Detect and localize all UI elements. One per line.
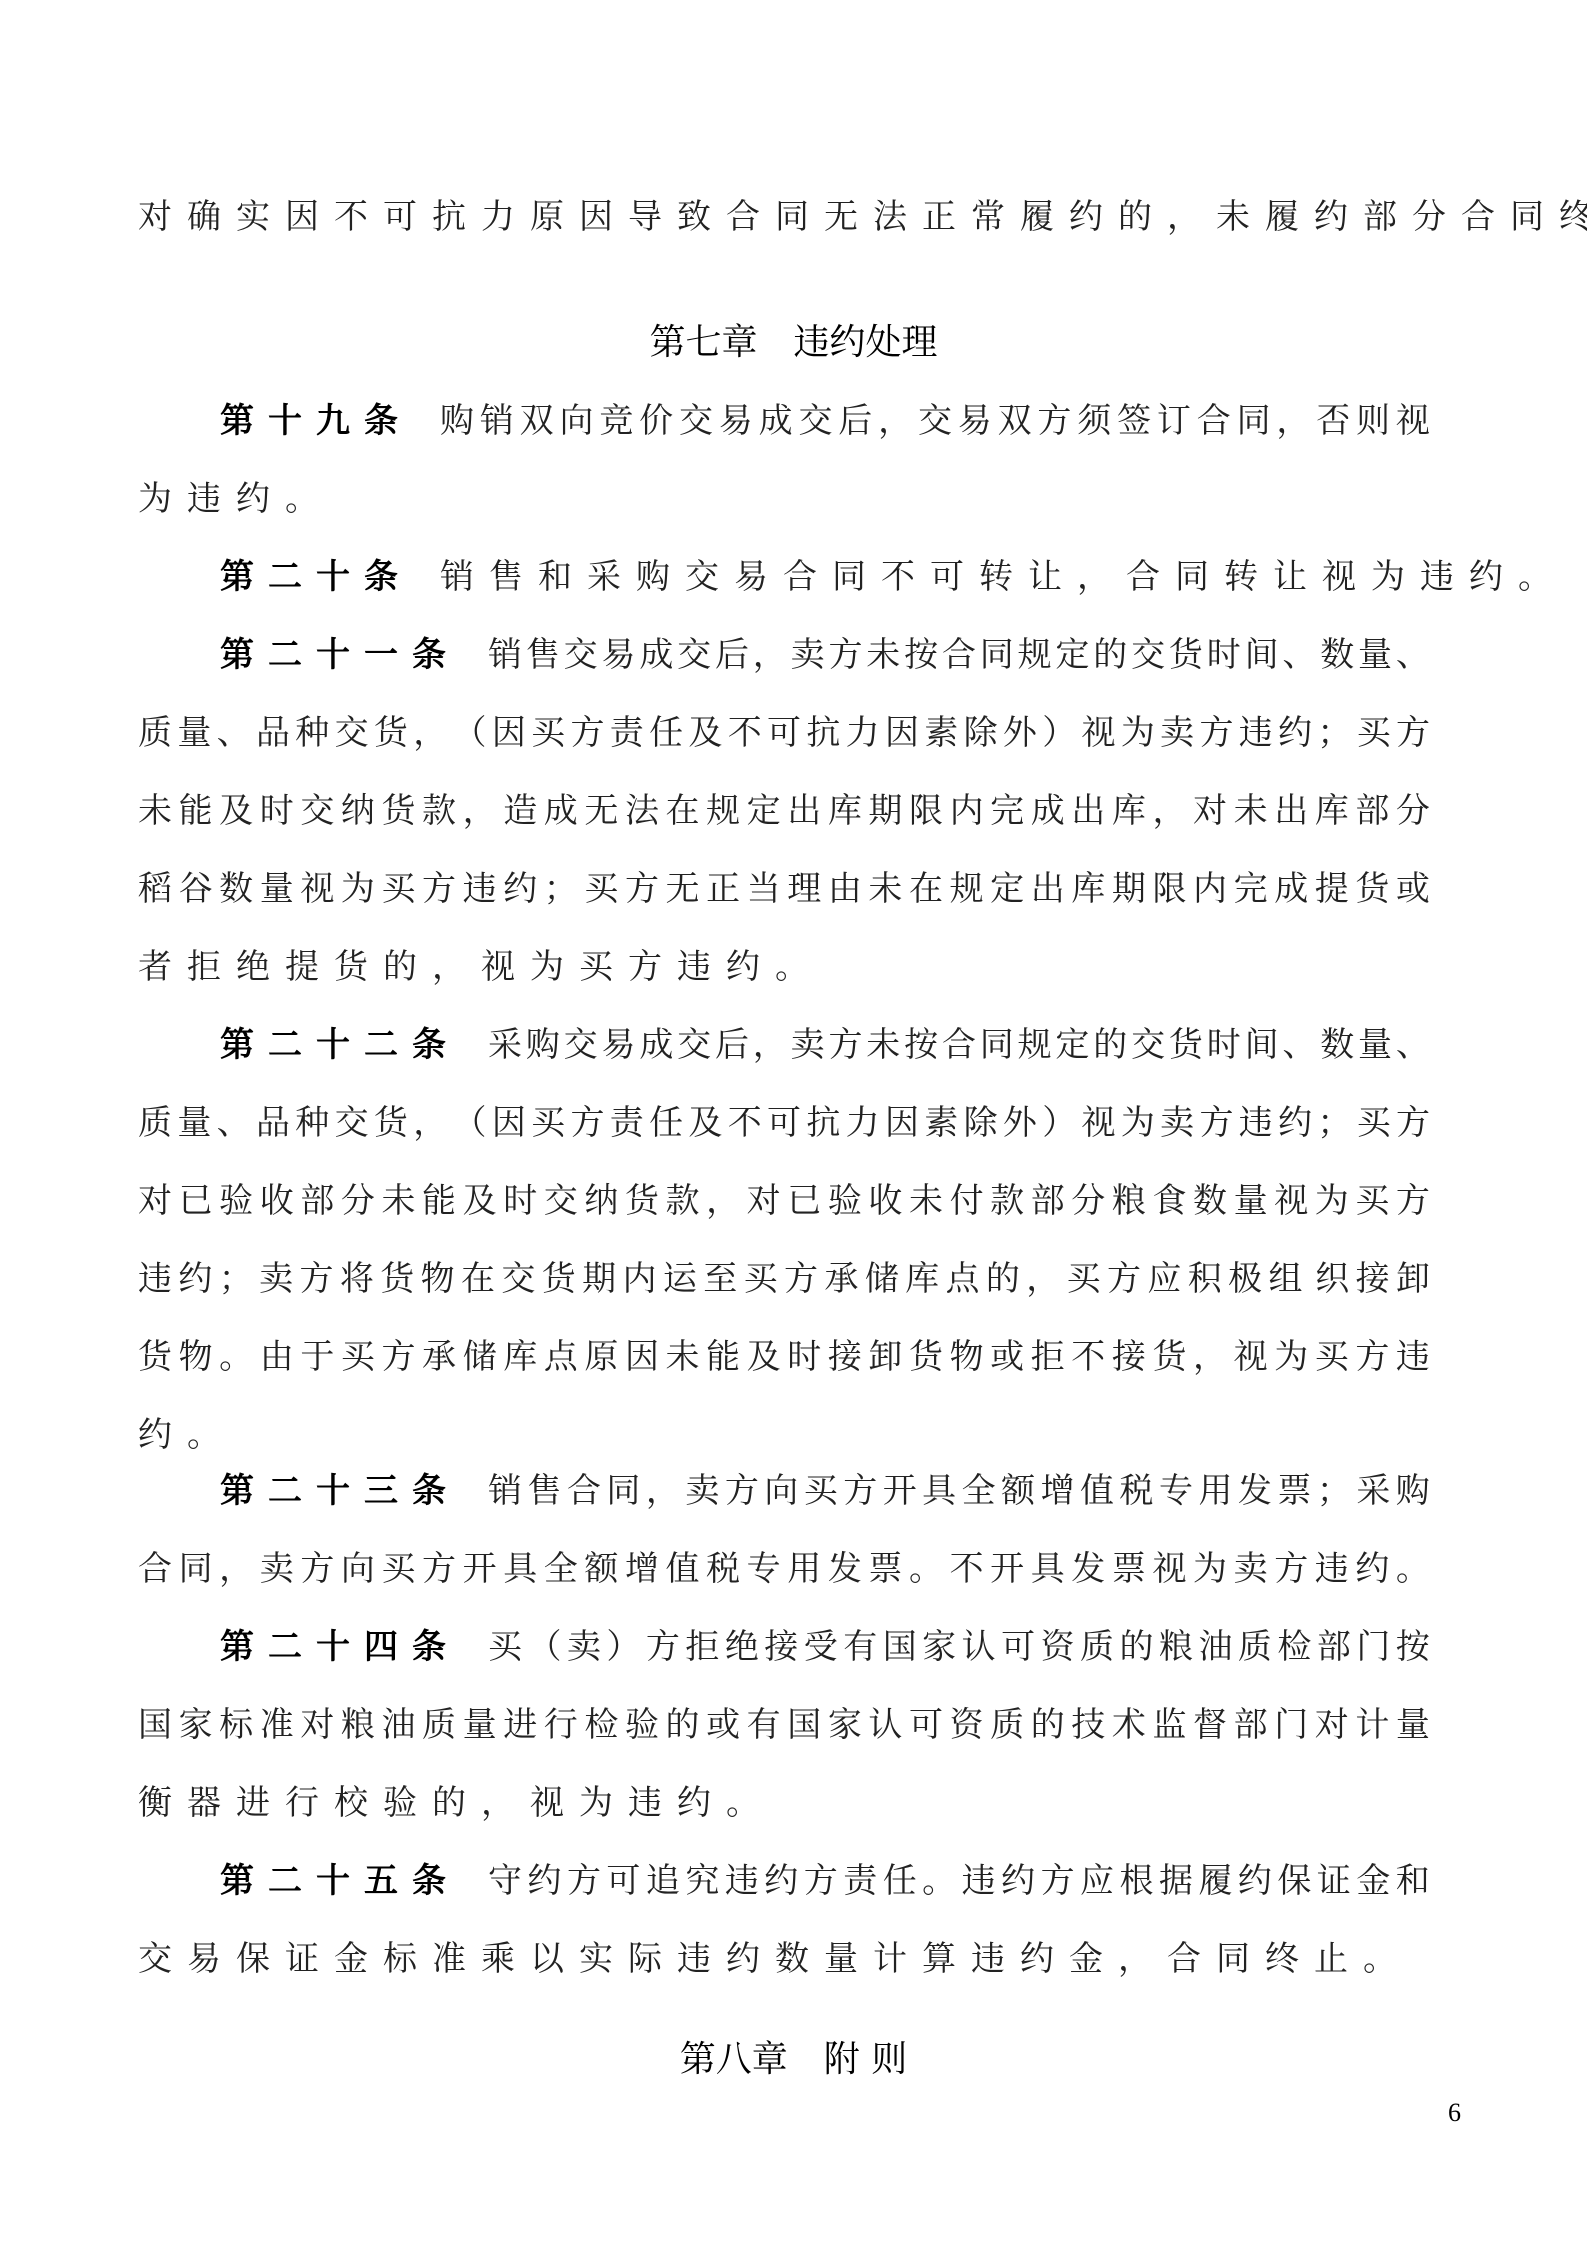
text-line: 未能及时交纳货款，造成无法在规定出库期限内完成出库，对未出库部分 [138,786,1430,836]
article-label: 第二十条 [220,552,412,602]
article-label: 第二十一条 [220,630,460,680]
text-line: 违约；卖方将货物在交货期内运至买方承储库点的，买方应积极组 织接卸 [138,1254,1430,1304]
article-text: 销售交易成交后，卖方未按合同规定的交货时间、数量、 [488,630,1430,680]
chapter-heading: 第七章 违约处理 [0,318,1587,368]
article-text: 购销双向竞价交易成交后，交易双方须签订合同，否则视 [440,396,1430,446]
article-text: 销售合同，卖方向买方开具全额增值税专用发票；采购 [488,1466,1430,1516]
article-label: 第二十四条 [220,1622,460,1672]
document-page: 对确实因不可抗力原因导致合同无法正常履约的，未履约部分合同终止。第七章 违约处理… [0,0,1587,2245]
article-text: 买（卖）方拒绝接受有国家认可资质的粮油质检部门按 [488,1622,1430,1672]
article-paragraph: 第二十四条买（卖）方拒绝接受有国家认可资质的粮油质检部门按 [220,1622,1430,1672]
article-paragraph: 第二十一条销售交易成交后，卖方未按合同规定的交货时间、数量、 [220,630,1430,680]
text-line: 对已验收部分未能及时交纳货款，对已验收未付款部分粮食数量视为买方 [138,1176,1430,1226]
article-paragraph: 第二十五条守约方可追究违约方责任。违约方应根据履约保证金和 [220,1856,1430,1906]
text-line: 者拒绝提货的，视为买方违约。 [138,942,1430,992]
chapter-heading: 第八章 附 则 [0,2035,1587,2085]
article-label: 第二十五条 [220,1856,460,1906]
text-line: 衡器进行校验的，视为违约。 [138,1778,1430,1828]
text-line: 约。 [138,1410,1430,1460]
text-line: 质量、品种交货，（因买方责任及不可抗力因素除外）视为卖方违约；买方 [138,1098,1430,1148]
article-label: 第二十二条 [220,1020,460,1070]
page-number: 6 [1448,2098,1461,2128]
article-text: 守约方可追究违约方责任。违约方应根据履约保证金和 [488,1856,1430,1906]
text-line: 合同，卖方向买方开具全额增值税专用发票。不开具发票视为卖方违约。 [138,1544,1430,1594]
article-text: 销售和采购交易合同不可转让，合同转让视为违约。 [440,552,1567,602]
article-paragraph: 第二十二条采购交易成交后，卖方未按合同规定的交货时间、数量、 [220,1020,1430,1070]
text-line: 对确实因不可抗力原因导致合同无法正常履约的，未履约部分合同终止。 [138,192,1430,242]
text-line: 稻谷数量视为买方违约；买方无正当理由未在规定出库期限内完成提货或 [138,864,1430,914]
article-label: 第十九条 [220,396,412,446]
text-line: 质量、品种交货，（因买方责任及不可抗力因素除外）视为卖方违约；买方 [138,708,1430,758]
text-line: 为违约。 [138,474,1430,524]
article-paragraph: 第二十条销售和采购交易合同不可转让，合同转让视为违约。 [220,552,1430,602]
article-paragraph: 第十九条购销双向竞价交易成交后，交易双方须签订合同，否则视 [220,396,1430,446]
text-line: 国家标准对粮油质量进行检验的或有国家认可资质的技术监督部门对计量 [138,1700,1430,1750]
text-line: 货物。由于买方承储库点原因未能及时接卸货物或拒不接货，视为买方违 [138,1332,1430,1382]
article-label: 第二十三条 [220,1466,460,1516]
text-line: 交易保证金标准乘以实际违约数量计算违约金，合同终止。 [138,1934,1430,1984]
article-text: 采购交易成交后，卖方未按合同规定的交货时间、数量、 [488,1020,1430,1070]
article-paragraph: 第二十三条销售合同，卖方向买方开具全额增值税专用发票；采购 [220,1466,1430,1516]
